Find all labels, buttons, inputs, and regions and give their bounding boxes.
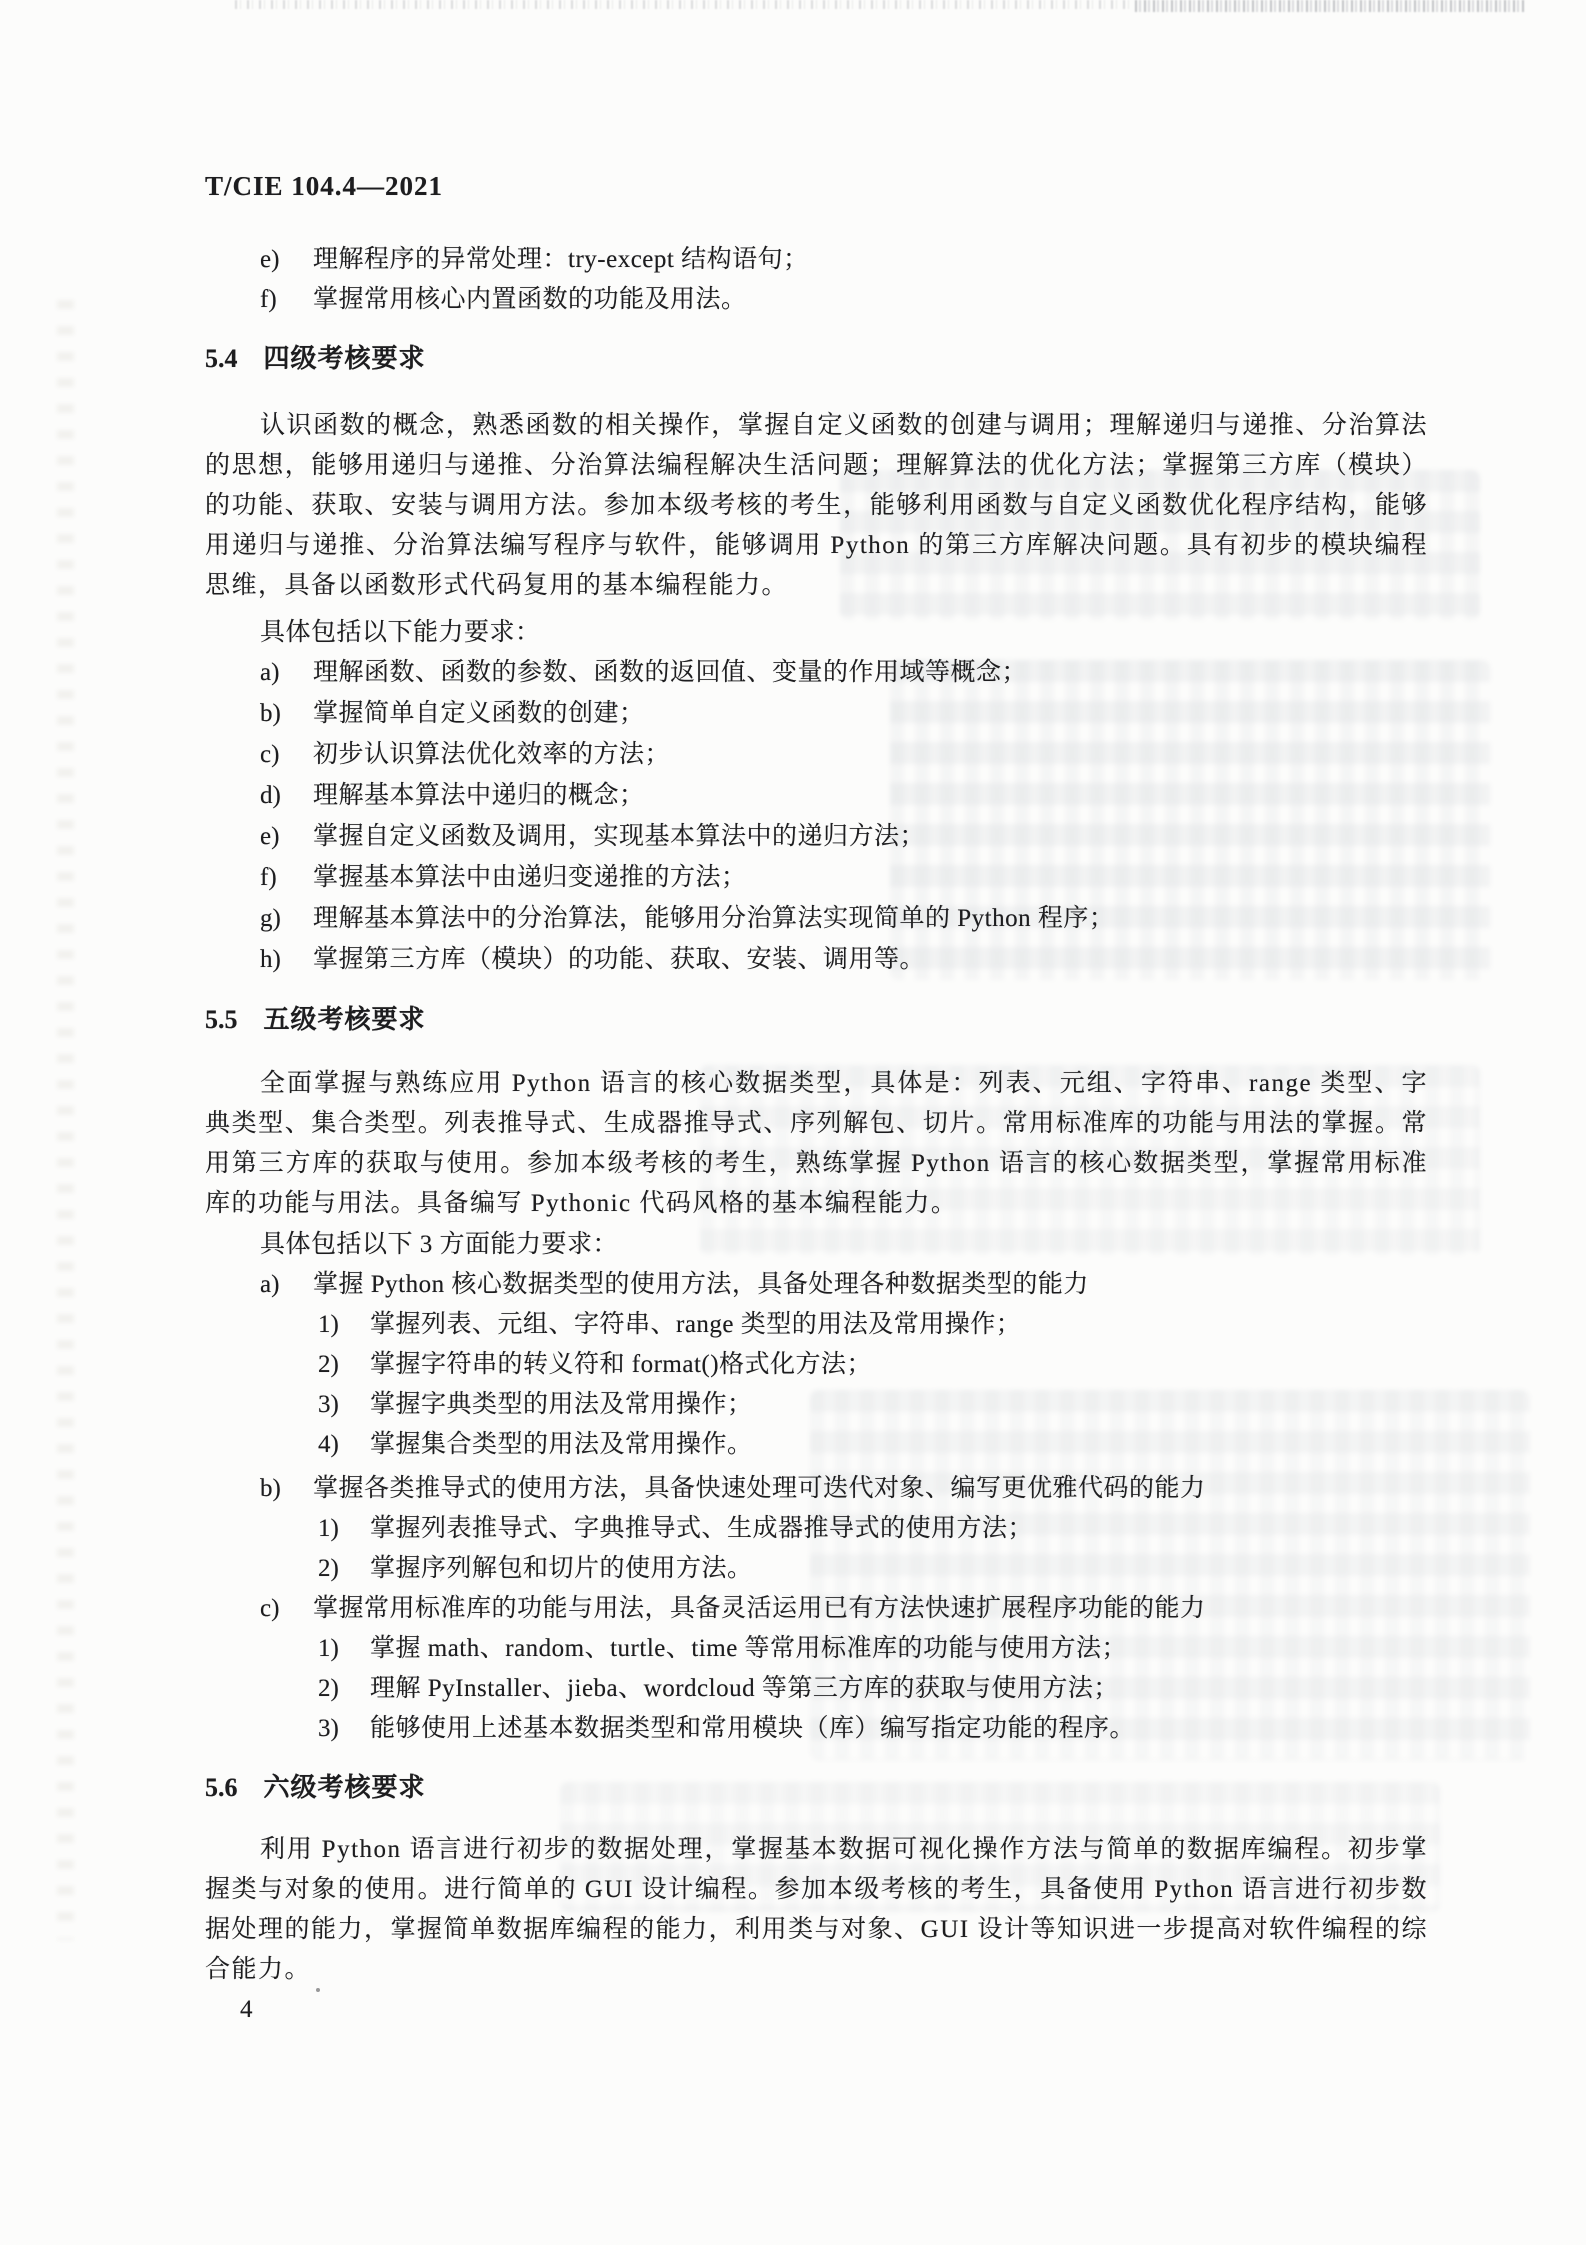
item-label: b) <box>260 1469 313 1509</box>
list-item: e) 理解程序的异常处理：try-except 结构语句； <box>260 240 1428 280</box>
item-label: e) <box>260 240 313 280</box>
item-label: f) <box>260 280 313 320</box>
document-code: T/CIE 104.4—2021 <box>205 166 1428 206</box>
item-text: 掌握字典类型的用法及常用操作； <box>370 1385 1428 1425</box>
item-text: 掌握 math、random、turtle、time 等常用标准库的功能与使用方… <box>370 1629 1428 1669</box>
scan-fold-artifact <box>57 300 74 1940</box>
page-number: 4 <box>240 1990 1428 2030</box>
list-item: f) 掌握基本算法中由递归变递推的方法； <box>260 858 1428 898</box>
list-item: c) 初步认识算法优化效率的方法； <box>260 735 1428 775</box>
item-label: h) <box>260 940 313 980</box>
item-label: c) <box>260 735 313 775</box>
item-label: b) <box>260 694 313 734</box>
lead-in-text: 具体包括以下 3 方面能力要求： <box>205 1225 1428 1265</box>
item-text: 掌握基本算法中由递归变递推的方法； <box>313 858 1428 898</box>
item-text: 掌握常用核心内置函数的功能及用法。 <box>313 280 1428 320</box>
list-item: h) 掌握第三方库（模块）的功能、获取、安装、调用等。 <box>260 940 1428 980</box>
item-label: c) <box>260 1589 313 1629</box>
list-item: a) 掌握 Python 核心数据类型的使用方法，具备处理各种数据类型的能力 <box>260 1265 1428 1305</box>
item-text: 掌握自定义函数及调用，实现基本算法中的递归方法； <box>313 817 1428 857</box>
list-item: b) 掌握简单自定义函数的创建； <box>260 694 1428 734</box>
sub-list-item: 2) 掌握序列解包和切片的使用方法。 <box>318 1549 1428 1589</box>
item-text: 掌握第三方库（模块）的功能、获取、安装、调用等。 <box>313 940 1428 980</box>
item-label: 2) <box>318 1549 370 1589</box>
item-text: 掌握序列解包和切片的使用方法。 <box>370 1549 1428 1589</box>
item-text: 理解基本算法中递归的概念； <box>313 776 1428 816</box>
item-text: 初步认识算法优化效率的方法； <box>313 735 1428 775</box>
section-heading-5-4: 5.4四级考核要求 <box>205 338 1428 379</box>
sub-list-item: 3) 掌握字典类型的用法及常用操作； <box>318 1385 1428 1425</box>
sub-list-item: 4) 掌握集合类型的用法及常用操作。 <box>318 1425 1428 1465</box>
item-label: a) <box>260 1265 313 1305</box>
item-text: 理解基本算法中的分治算法，能够用分治算法实现简单的 Python 程序； <box>313 899 1428 939</box>
list-item: a) 理解函数、函数的参数、函数的返回值、变量的作用域等概念； <box>260 653 1428 693</box>
item-label: 1) <box>318 1509 370 1549</box>
document-page: T/CIE 104.4—2021 e) 理解程序的异常处理：try-except… <box>0 0 1586 2245</box>
list-item: f) 掌握常用核心内置函数的功能及用法。 <box>260 280 1428 320</box>
section-number: 5.4 <box>205 344 238 373</box>
section-heading-5-6: 5.6六级考核要求 <box>205 1767 1428 1808</box>
list-item: e) 掌握自定义函数及调用，实现基本算法中的递归方法； <box>260 817 1428 857</box>
section-title: 六级考核要求 <box>264 1772 426 1802</box>
item-label: g) <box>260 899 313 939</box>
item-text: 掌握 Python 核心数据类型的使用方法，具备处理各种数据类型的能力 <box>313 1265 1428 1305</box>
list-item: c) 掌握常用标准库的功能与用法，具备灵活运用已有方法快速扩展程序功能的能力 <box>260 1589 1428 1629</box>
item-text: 理解函数、函数的参数、函数的返回值、变量的作用域等概念； <box>313 653 1428 693</box>
section-title: 五级考核要求 <box>264 1004 426 1034</box>
item-text: 掌握集合类型的用法及常用操作。 <box>370 1425 1428 1465</box>
section-paragraph: 利用 Python 语言进行初步的数据处理，掌握基本数据可视化操作方法与简单的数… <box>205 1830 1428 1990</box>
sub-list-item: 1) 掌握列表推导式、字典推导式、生成器推导式的使用方法； <box>318 1509 1428 1549</box>
item-label: 3) <box>318 1385 370 1425</box>
item-text: 掌握列表推导式、字典推导式、生成器推导式的使用方法； <box>370 1509 1428 1549</box>
section-number: 5.5 <box>205 1005 238 1034</box>
section-paragraph: 认识函数的概念，熟悉函数的相关操作，掌握自定义函数的创建与调用；理解递归与递推、… <box>205 406 1428 606</box>
item-text: 能够使用上述基本数据类型和常用模块（库）编写指定功能的程序。 <box>370 1709 1428 1749</box>
list-item: d) 理解基本算法中递归的概念； <box>260 776 1428 816</box>
item-text: 掌握各类推导式的使用方法，具备快速处理可迭代对象、编写更优雅代码的能力 <box>313 1469 1428 1509</box>
item-label: 3) <box>318 1709 370 1749</box>
item-label: 1) <box>318 1629 370 1669</box>
list-item: b) 掌握各类推导式的使用方法，具备快速处理可迭代对象、编写更优雅代码的能力 <box>260 1469 1428 1509</box>
item-label: a) <box>260 653 313 693</box>
section-paragraph: 全面掌握与熟练应用 Python 语言的核心数据类型，具体是：列表、元组、字符串… <box>205 1064 1428 1224</box>
sub-list-item: 2) 掌握字符串的转义符和 format()格式化方法； <box>318 1345 1428 1385</box>
requirement-list: a) 理解函数、函数的参数、函数的返回值、变量的作用域等概念； b) 掌握简单自… <box>205 653 1428 980</box>
item-label: f) <box>260 858 313 898</box>
item-label: 2) <box>318 1345 370 1385</box>
document-content: T/CIE 104.4—2021 e) 理解程序的异常处理：try-except… <box>205 0 1428 2030</box>
section-title: 四级考核要求 <box>264 343 426 373</box>
sub-list-item: 1) 掌握列表、元组、字符串、range 类型的用法及常用操作； <box>318 1305 1428 1345</box>
item-text: 掌握常用标准库的功能与用法，具备灵活运用已有方法快速扩展程序功能的能力 <box>313 1589 1428 1629</box>
item-text: 理解 PyInstaller、jieba、wordcloud 等第三方库的获取与… <box>370 1669 1428 1709</box>
item-label: 4) <box>318 1425 370 1465</box>
item-text: 掌握简单自定义函数的创建； <box>313 694 1428 734</box>
item-label: d) <box>260 776 313 816</box>
item-text: 掌握字符串的转义符和 format()格式化方法； <box>370 1345 1428 1385</box>
item-text: 理解程序的异常处理：try-except 结构语句； <box>313 240 1428 280</box>
section-heading-5-5: 5.5五级考核要求 <box>205 999 1428 1040</box>
sub-list-item: 3) 能够使用上述基本数据类型和常用模块（库）编写指定功能的程序。 <box>318 1709 1428 1749</box>
list-item: g) 理解基本算法中的分治算法，能够用分治算法实现简单的 Python 程序； <box>260 899 1428 939</box>
sub-list-item: 1) 掌握 math、random、turtle、time 等常用标准库的功能与… <box>318 1629 1428 1669</box>
item-label: 2) <box>318 1669 370 1709</box>
item-label: 1) <box>318 1305 370 1345</box>
section-number: 5.6 <box>205 1773 238 1802</box>
item-label: e) <box>260 817 313 857</box>
item-text: 掌握列表、元组、字符串、range 类型的用法及常用操作； <box>370 1305 1428 1345</box>
lead-in-text: 具体包括以下能力要求： <box>205 613 1428 653</box>
sub-list-item: 2) 理解 PyInstaller、jieba、wordcloud 等第三方库的… <box>318 1669 1428 1709</box>
